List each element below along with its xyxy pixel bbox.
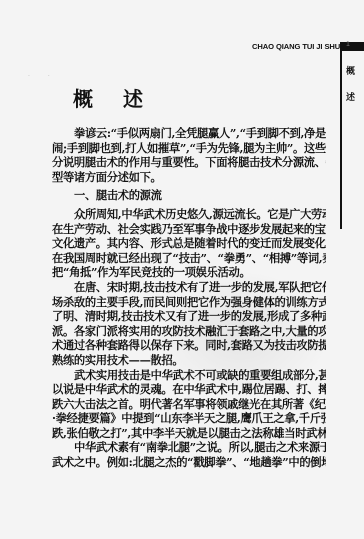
side-rule [340, 51, 342, 229]
text-line: 在我国周时就已经出现了“技击”、“拳勇”、“相搏”等词,秦时更 [52, 251, 326, 266]
text-line: ·拳经捷要篇》中提到“山东李半天之腿,鹰爪王之拿,千斤张之 [52, 411, 326, 426]
scan-artifact-dots: · · [28, 73, 58, 80]
text-line: 闹;手到脚也到,打人如摧草”,“手为先锋,腿为主帅”。这些都充 [52, 141, 326, 156]
text-line: 在唐、宋时期,技击技术有了进一步的发展,军队把它作为战 [52, 280, 326, 295]
text-line: 熟练的实用技术——散招。 [52, 353, 326, 368]
text-line: 跌六大击法之首。明代著名军事将领戚继光在其所著《纪效新书 [52, 397, 326, 412]
text-line: 了明、清时期,技击技术又有了进一步的发展,形成了多种武术流 [52, 309, 326, 324]
side-tab-char: 概 [346, 64, 355, 77]
text-line: 武术实用技击是中华武术不可或缺的重要组成部分,甚至可 [52, 368, 326, 383]
text-line: 跌,张伯敬之打”,其中李半天就是以腿击之法称雄当时武林。 [52, 426, 326, 441]
text-line: 把“角抵”作为军民竞技的一项娱乐活动。 [52, 265, 326, 280]
text-line: 派。各家门派将实用的攻防技术融汇于套路之中,大量的攻防技 [52, 324, 326, 339]
chapter-title-char: 概 [73, 83, 93, 112]
text-line: 场杀敌的主要手段,而民间则把它作为强身健体的训练方式。到 [52, 295, 326, 310]
section-heading: 一、腿击术的源流 [52, 188, 326, 203]
page-marker-block [340, 42, 364, 51]
chapter-title: 概述 [73, 83, 143, 112]
side-tab-char: 述 [346, 90, 355, 103]
chapter-title-char: 述 [123, 83, 143, 112]
text-line: 拳谚云:“手似两扇门,全凭腿赢人”,“手到脚不到,净是瞎胡 [52, 126, 326, 141]
text-line: 武术之中。例如:北腿之杰的“戳脚拳”、“地趟拳”中的倒地腿法, [52, 455, 326, 470]
text-line: 文化遗产。其内容、形式总是随着时代的变迁而发展变化着。早 [52, 236, 326, 251]
text-line: 以说是中华武术的灵魂。在中华武术中,踢位居踢、打、摔、拿、靠、 [52, 382, 326, 397]
text-line: 众所周知,中华武术历史悠久,源远流长。它是广大劳动人民 [52, 207, 326, 222]
body-text: 拳谚云:“手似两扇门,全凭腿赢人”,“手到脚不到,净是瞎胡闹;手到脚也到,打人如… [52, 126, 326, 470]
text-line: 中华武术素有“南拳北腿”之说。所以,腿击之术来源于传统 [52, 440, 326, 455]
text-line: 术通过各种套路得以保存下来。同时,套路又为技击攻防提供了 [52, 338, 326, 353]
text-line: 分说明腿击术的作用与重要性。下面将腿击技术分源流、特点、类 [52, 155, 326, 170]
text-line: 在生产劳动、社会实践乃至军事争战中逐步发展起来的宝贵民族 [52, 222, 326, 237]
text-line: 型等诸方面分述如下。 [52, 170, 326, 185]
page-marker: 1 [346, 41, 350, 48]
running-title: CHAO QIANG TUI JI SHU [252, 42, 340, 51]
